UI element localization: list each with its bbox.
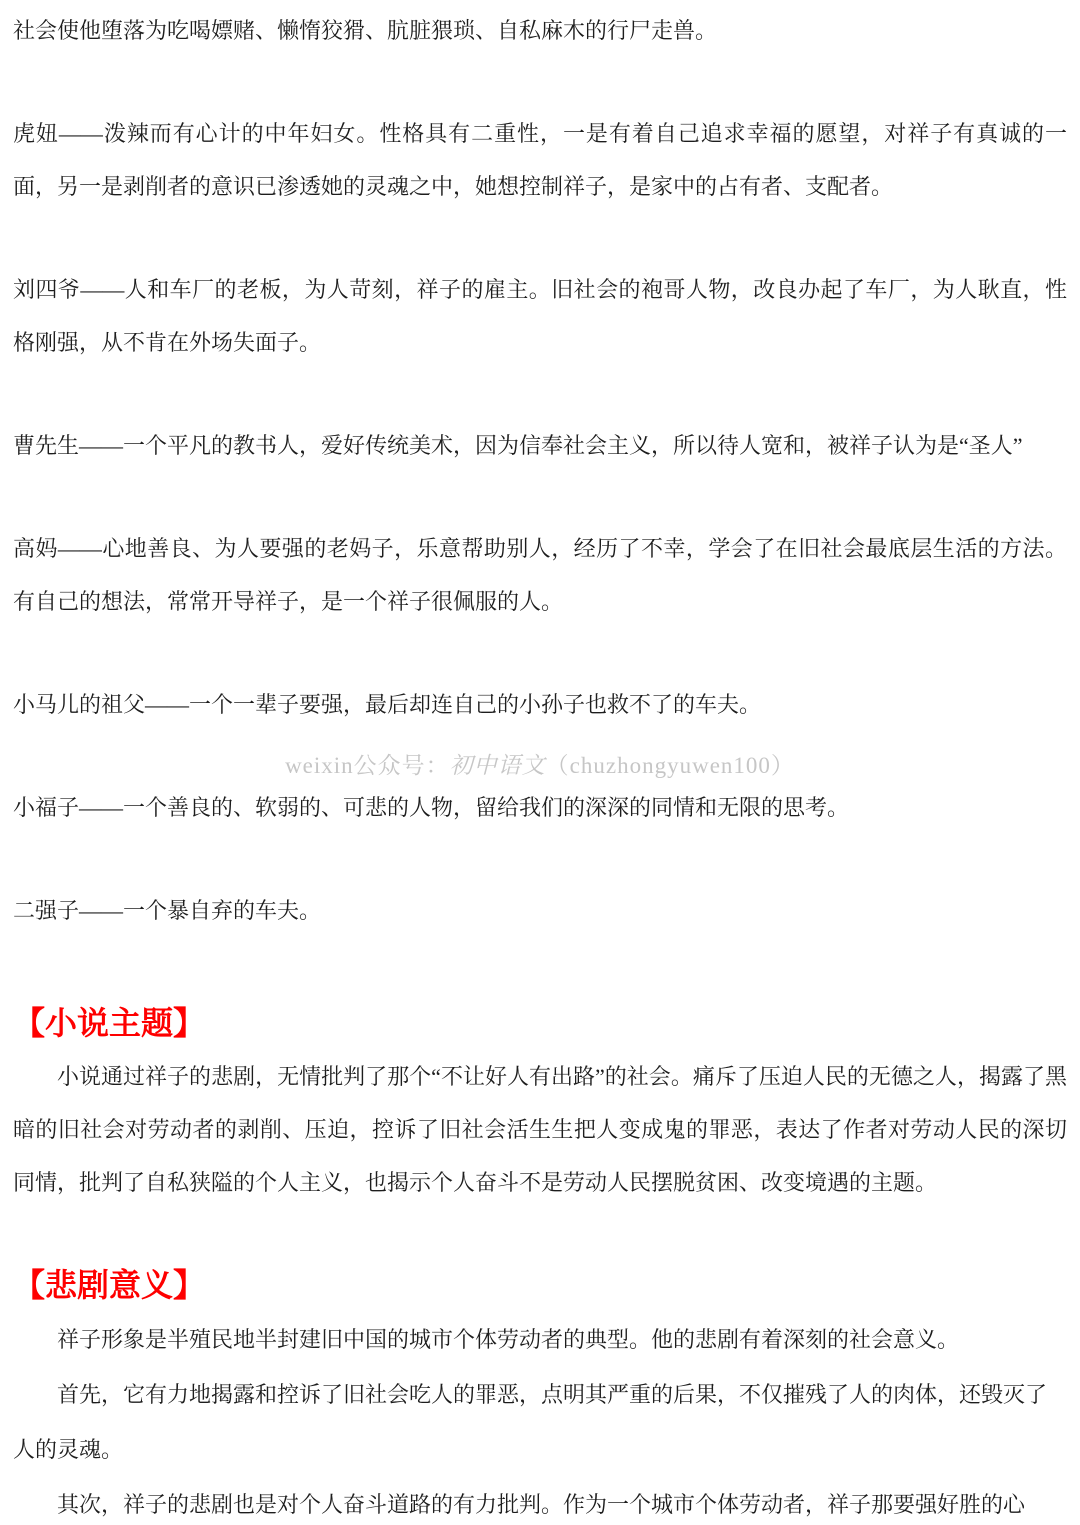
paragraph-character-cao-xiansheng: 曹先生——一个平凡的教书人，爱好传统美术，因为信奉社会主义，所以待人宽和，被祥子…: [13, 419, 1067, 472]
paragraph-xiangzi-degeneration-tail: 社会使他堕落为吃喝嫖赌、懒惰狡猾、肮脏猥琐、自私麻木的行尸走兽。: [13, 4, 1067, 57]
paragraph-character-erqiangzi: 二强子——一个暴自弃的车夫。: [13, 884, 1067, 937]
paragraph-character-liu-siye: 刘四爷——人和车厂的老板，为人苛刻，祥子的雇主。旧社会的袍哥人物，改良办起了车厂…: [13, 263, 1067, 369]
watermark-account-name: 初中语文: [450, 753, 546, 778]
watermark-prefix: weixin公众号：: [285, 753, 450, 778]
section-heading-novel-theme: 【小说主题】: [13, 987, 1067, 1050]
paragraph-tragedy-typicality: 祥子形象是半殖民地半封建旧中国的城市个体劳动者的典型。他的悲剧有着深刻的社会意义…: [13, 1312, 1067, 1367]
paragraph-tragedy-first-point: 首先，它有力地揭露和控诉了旧社会吃人的罪恶，点明其严重的后果，不仅摧残了人的肉体…: [13, 1367, 1067, 1477]
watermark: weixin公众号：初中语文（chuzhongyuwen100）: [0, 752, 1080, 780]
document-page: 社会使他堕落为吃喝嫖赌、懒惰狡猾、肮脏猥琐、自私麻木的行尸走兽。 虎妞——泼辣而…: [0, 0, 1080, 1525]
paragraph-character-xiaomaer-grandfather: 小马儿的祖父——一个一辈子要强，最后却连自己的小孙子也救不了的车夫。: [13, 678, 1067, 731]
paragraph-character-xiaofuzi: 小福子——一个善良的、软弱的、可悲的人物，留给我们的深深的同情和无限的思考。: [13, 781, 1067, 834]
paragraph-character-gao-ma: 高妈——心地善良、为人要强的老妈子，乐意帮助别人，经历了不幸，学会了在旧社会最底…: [13, 522, 1067, 628]
paragraph-tragedy-second-point: 其次，祥子的悲剧也是对个人奋斗道路的有力批判。作为一个城市个体劳动者，祥子那要强…: [13, 1477, 1067, 1525]
paragraph-novel-theme: 小说通过祥子的悲剧，无情批判了那个“不让好人有出路”的社会。痛斥了压迫人民的无德…: [13, 1050, 1067, 1209]
section-heading-tragedy-significance: 【悲剧意义】: [13, 1259, 1067, 1312]
paragraph-character-huniu: 虎妞——泼辣而有心计的中年妇女。性格具有二重性，一是有着自己追求幸福的愿望，对祥…: [13, 107, 1067, 213]
watermark-suffix: （chuzhongyuwen100）: [546, 753, 795, 778]
